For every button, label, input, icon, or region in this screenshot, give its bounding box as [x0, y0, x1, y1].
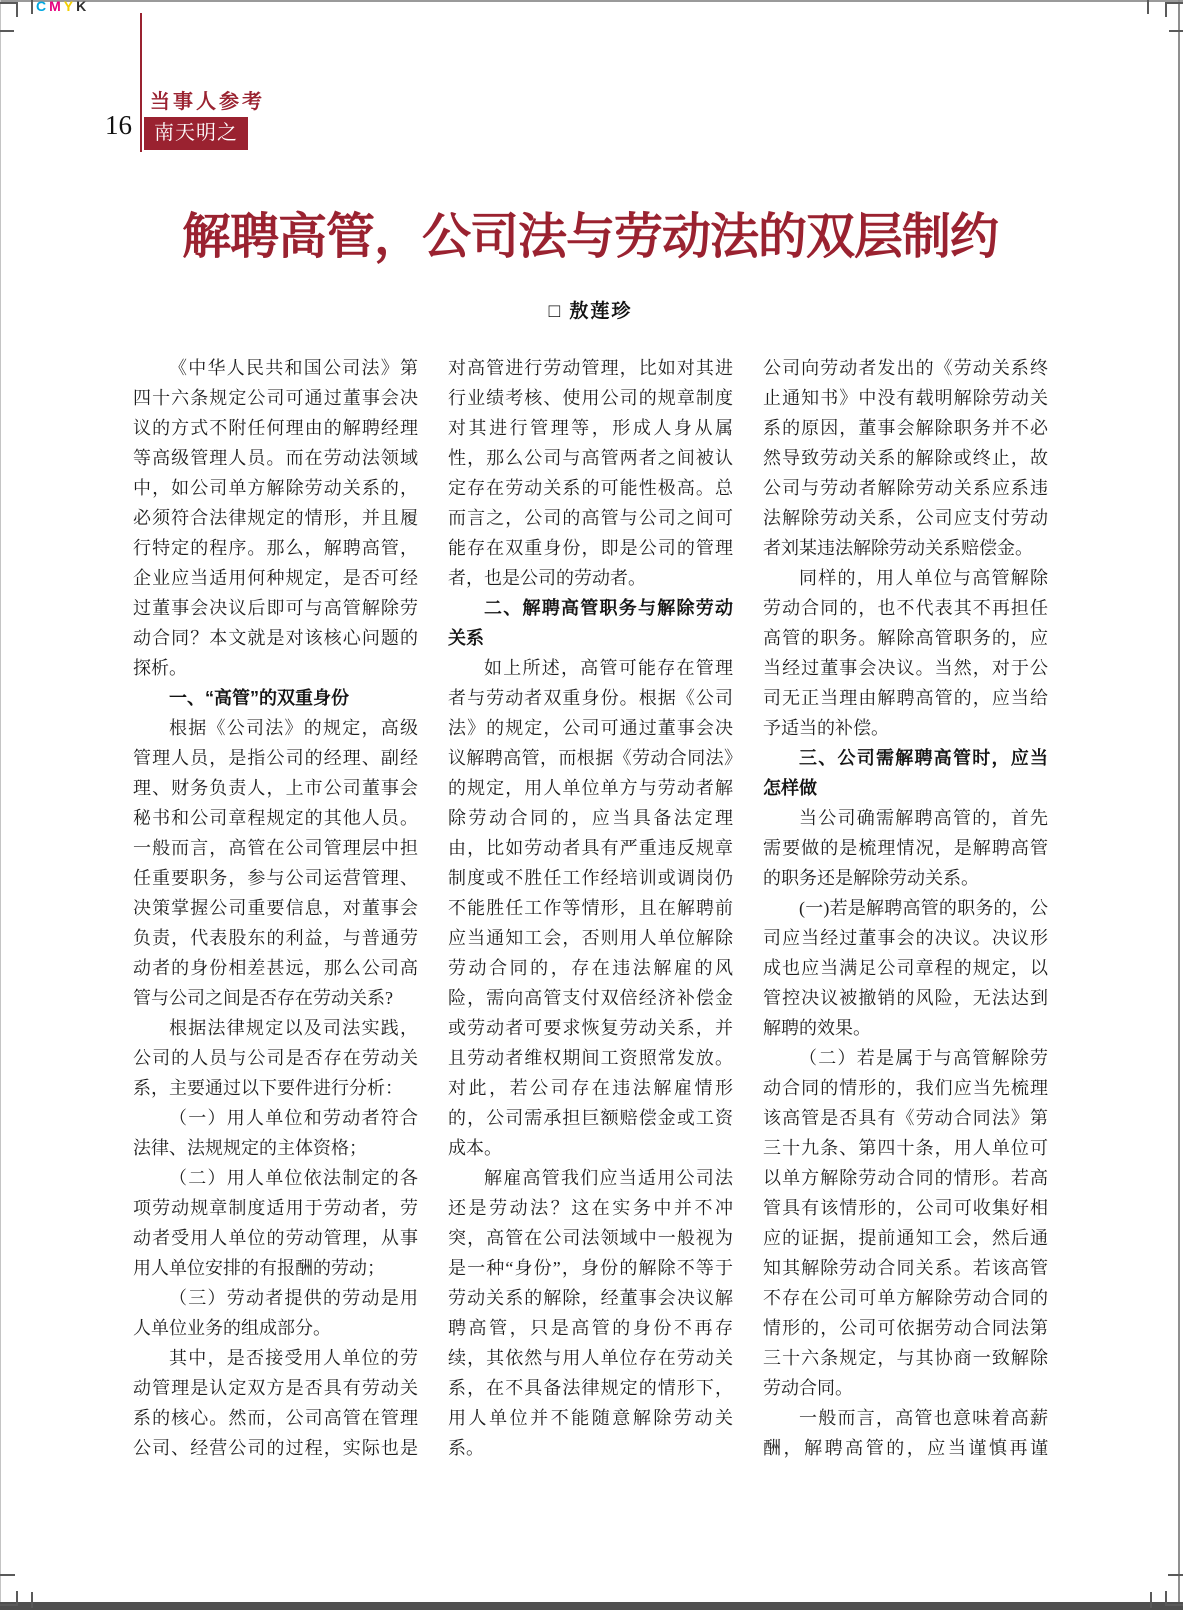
page-number: 16 — [98, 110, 132, 141]
article-column-3: 公司向劳动者发出的《劳动关系终止通知书》中没有载明解除劳动关系的原因，董事会解除… — [763, 353, 1048, 1465]
cmyk-letter-y: Y — [64, 0, 76, 14]
crop-mark-top-right — [1165, 2, 1183, 17]
crop-mark-bottom-left — [0, 1591, 18, 1606]
article-paragraph: 其中，是否接受用人单位的劳动管理是认定双方是否具有劳动关系的核心。然而，公司高管… — [133, 1343, 418, 1465]
masthead-badge: 南天明之窗 — [144, 117, 248, 150]
cmyk-letter-c: C — [36, 0, 49, 14]
article-paragraph: （二）若是属于与高管解除劳动合同的情形的，我们应当先梳理该高管是否具有《劳动合同… — [763, 1043, 1048, 1403]
page-edge-right — [1178, 0, 1180, 1602]
crop-tick — [0, 1574, 15, 1576]
article-paragraph: 如上所述，高管可能存在管理者与劳动者双重身份。根据《公司法》的规定，公司可通过董… — [448, 653, 733, 1163]
article-paragraph: (2020)京0114民初7498号判决书中，法院明确指出：关于劳动者刘某主张违… — [448, 1463, 733, 1465]
article-paragraph: 解雇高管我们应当适用公司法还是劳动法？这在实务中并不冲突，高管在公司法领域中一般… — [448, 1163, 733, 1463]
header-divider-rule — [140, 13, 142, 152]
crop-tick — [31, 1592, 33, 1608]
article-paragraph: （三）劳动者提供的劳动是用人单位业务的组成部分。 — [133, 1283, 418, 1343]
section-label: 当事人参考 — [150, 85, 265, 114]
crop-tick — [1150, 1592, 1152, 1608]
article-paragraph: （二）用人单位依法制定的各项劳动规章制度适用于劳动者，劳动者受用人单位的劳动管理… — [133, 1163, 418, 1283]
crop-tick — [1169, 30, 1183, 32]
article-column-2: 对高管进行劳动管理，比如对其进行业绩考核、使用公司的规章制度对其进行管理等，形成… — [448, 353, 733, 1465]
page-edge-top — [0, 0, 1183, 2]
article-column-1: 《中华人民共和国公司法》第四十六条规定公司可通过董事会决议的方式不附任何理由的解… — [133, 353, 418, 1465]
article-paragraph: 公司向劳动者发出的《劳动关系终止通知书》中没有载明解除劳动关系的原因，董事会解除… — [763, 353, 1048, 563]
article-body: 《中华人民共和国公司法》第四十六条规定公司可通过董事会决议的方式不附任何理由的解… — [133, 353, 1048, 1471]
crop-tick — [31, 0, 33, 14]
crop-tick — [0, 30, 14, 32]
article-paragraph: 当公司确需解聘高管的，首先需要做的是梳理情况，是解聘高管的职务还是解除劳动关系。 — [763, 803, 1048, 893]
article-paragraph: 一般而言，高管也意味着高薪酬，解聘高管的，应当谨慎再谨慎，以避免巨额赔偿的风险。 — [763, 1403, 1048, 1465]
crop-mark-bottom-right — [1165, 1591, 1183, 1606]
article-paragraph: （一）用人单位和劳动者符合法律、法规规定的主体资格； — [133, 1103, 418, 1163]
article-paragraph: 根据《公司法》的规定，高级管理人员，是指公司的经理、副经理、财务负责人，上市公司… — [133, 713, 418, 1013]
cmyk-label: CMYK — [36, 0, 89, 14]
article-title: 解聘高管，公司法与劳动法的双层制约 — [120, 198, 1060, 268]
page-bottom-bar — [0, 1602, 1183, 1610]
cmyk-letter-k: K — [76, 0, 89, 14]
crop-tick — [1147, 0, 1149, 14]
article-author: □ 敖莲珍 — [133, 296, 1048, 323]
section-heading: 二、解聘高管职务与解除劳动关系 — [448, 593, 733, 653]
article-paragraph: 同样的，用人单位与高管解除劳动合同的，也不代表其不再担任高管的职务。解除高管职务… — [763, 563, 1048, 743]
section-heading: 一、“高管”的双重身份 — [133, 683, 418, 713]
article-paragraph: 《中华人民共和国公司法》第四十六条规定公司可通过董事会决议的方式不附任何理由的解… — [133, 353, 418, 683]
article-paragraph: 对高管进行劳动管理，比如对其进行业绩考核、使用公司的规章制度对其进行管理等，形成… — [448, 353, 733, 593]
page-edge-left — [0, 0, 1, 1602]
crop-mark-top-left — [0, 2, 18, 17]
section-heading: 三、公司需解聘高管时，应当怎样做 — [763, 743, 1048, 803]
article-paragraph: 根据法律规定以及司法实践，公司的人员与公司是否存在劳动关系，主要通过以下要件进行… — [133, 1013, 418, 1103]
cmyk-letter-m: M — [49, 0, 64, 14]
crop-tick — [1168, 1574, 1183, 1576]
article-paragraph: (一)若是解聘高管的职务的，公司应当经过董事会的决议。决议形成也应当满足公司章程… — [763, 893, 1048, 1043]
newspaper-page: CMYK 16 当事人参考 南天明之窗 解聘高管，公司法与劳动法的双层制约 □ … — [0, 0, 1183, 1610]
